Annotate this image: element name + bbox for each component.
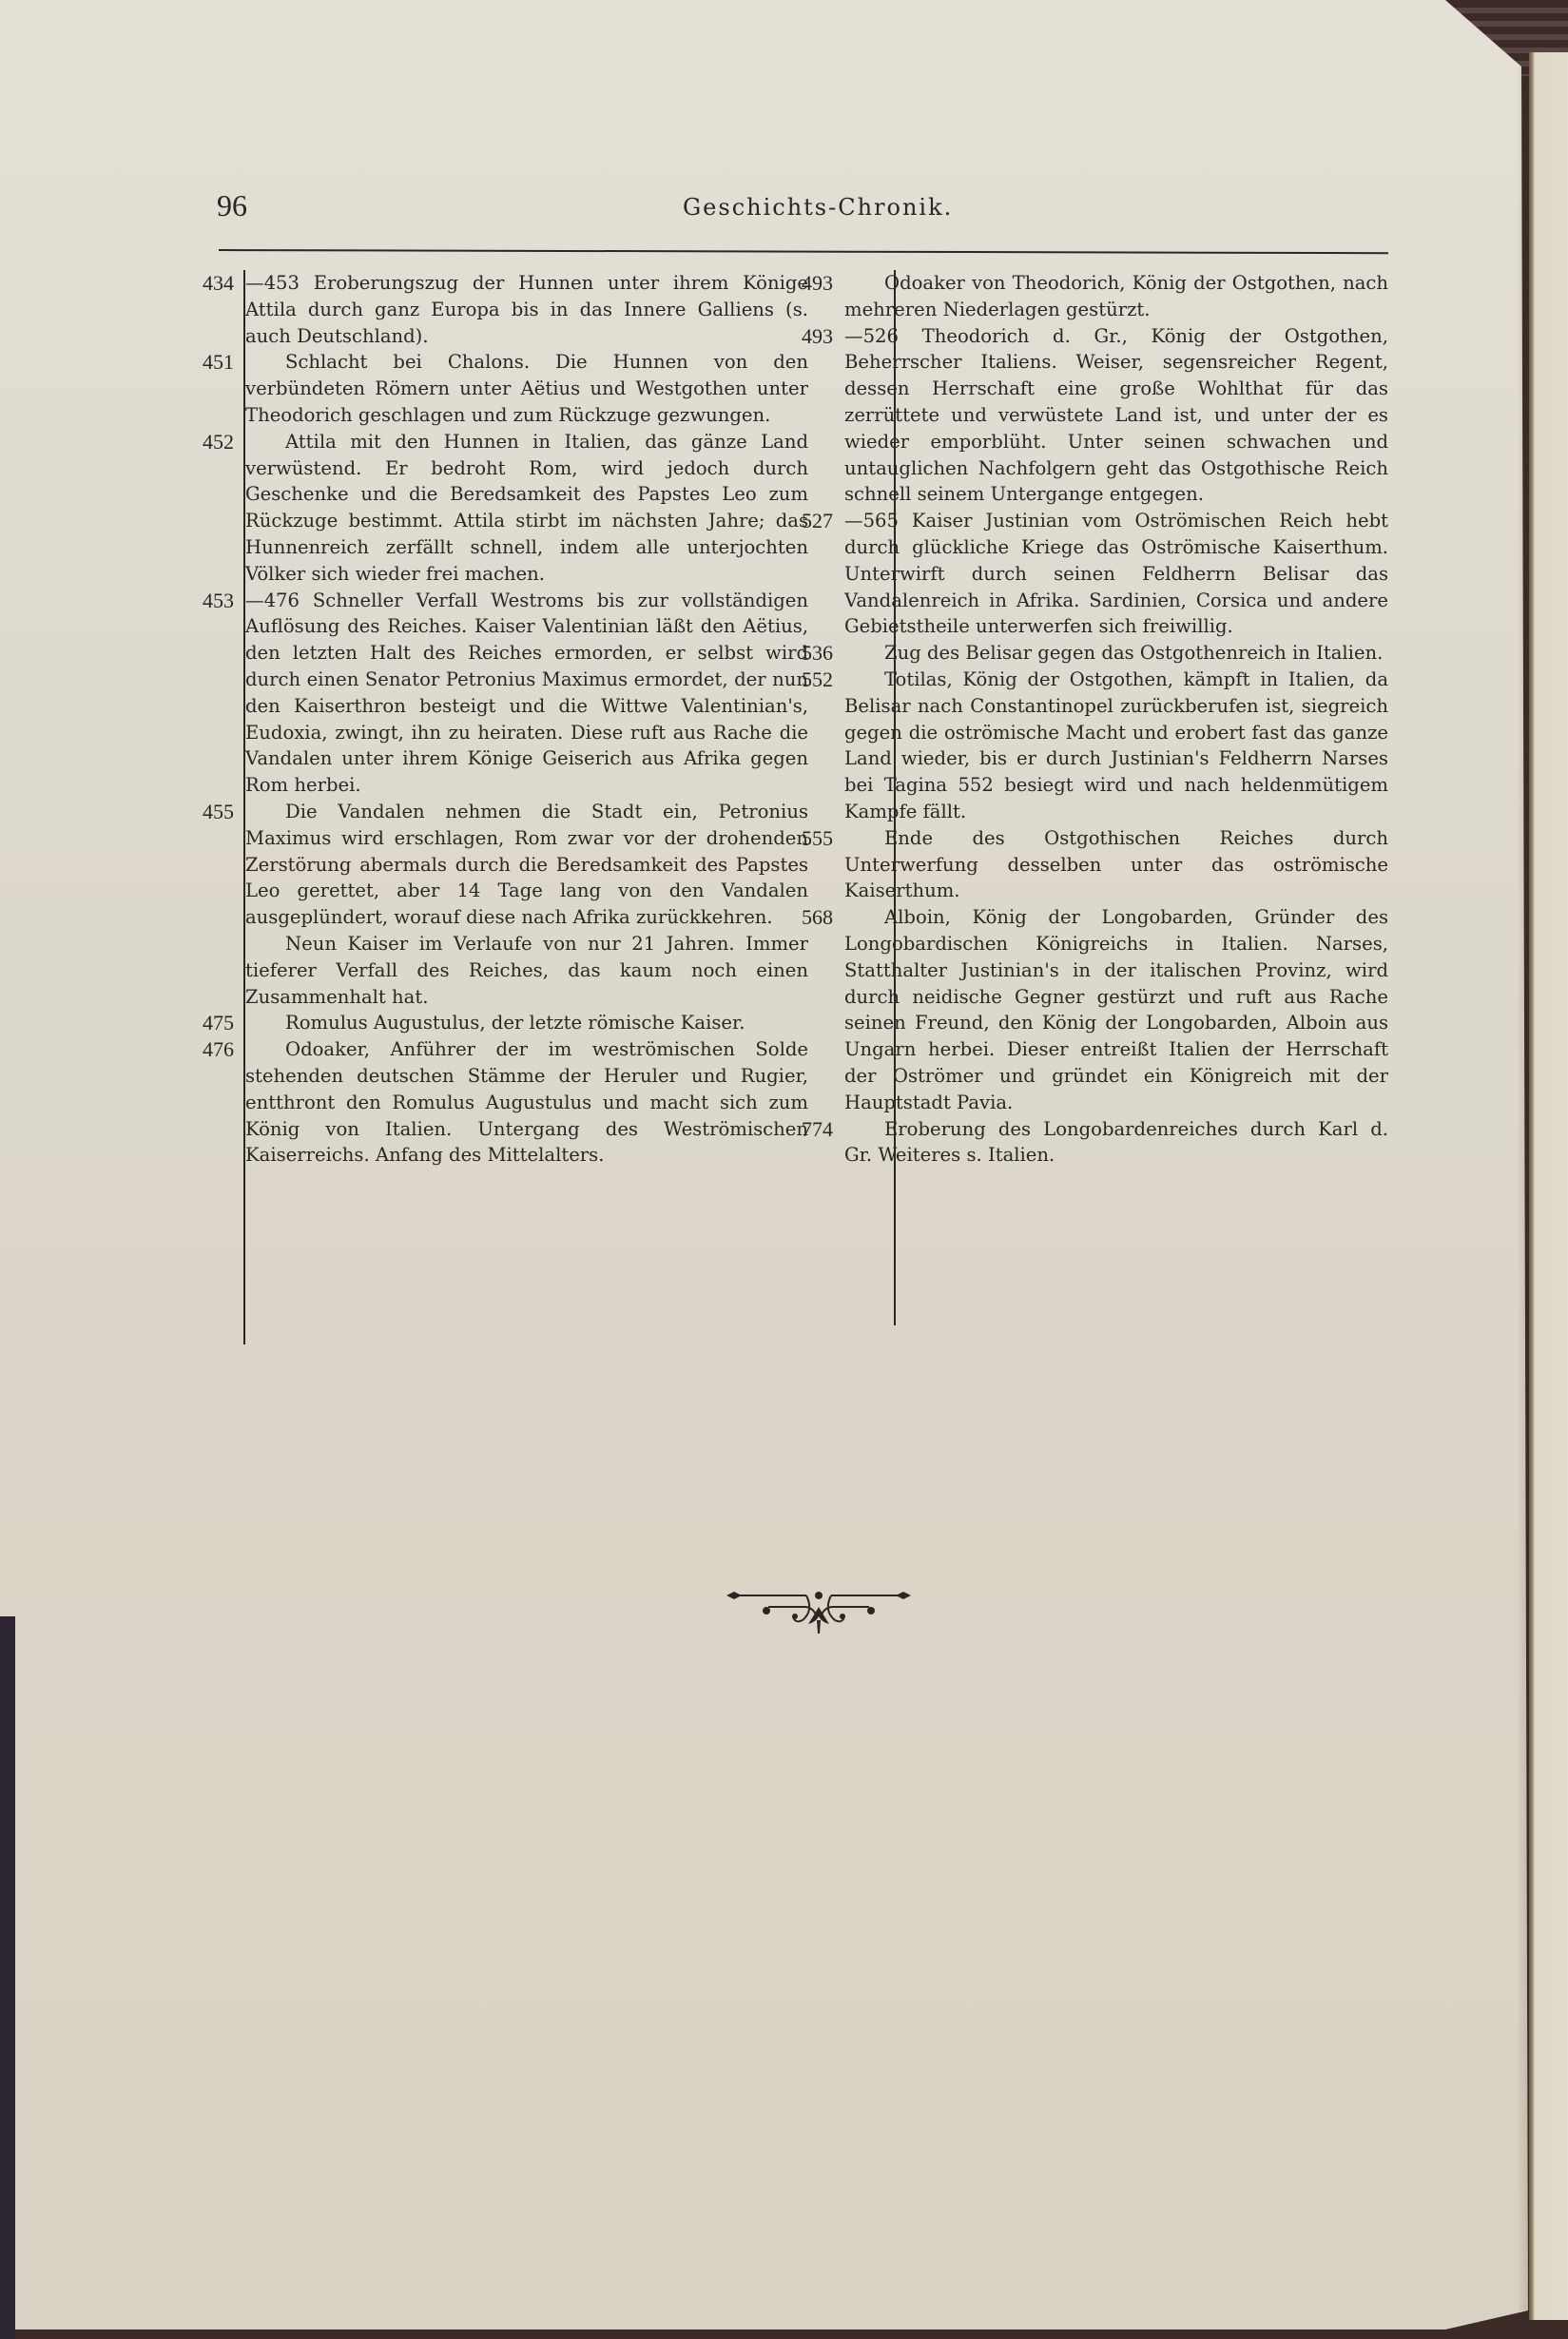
page-gutter-shadow xyxy=(1517,67,1528,2310)
backdrop-edge xyxy=(0,1616,15,2339)
entry-year: 527 xyxy=(789,508,833,534)
entry-year: 455 xyxy=(190,799,234,825)
book-page: 96 Geschichts-Chronik. 434—453 Eroberung… xyxy=(0,0,1528,2329)
chronicle-entry: 451Schlacht bei Chalons. Die Hunnen von … xyxy=(238,349,808,428)
entry-text: —453 Eroberungszug der Hunnen unter ihre… xyxy=(238,270,808,349)
chronicle-entry: 555Ende des Ostgothischen Reiches durch … xyxy=(837,825,1388,904)
entry-body: Die Vandalen nehmen die Stadt ein, Petro… xyxy=(245,801,808,928)
page-number: 96 xyxy=(217,188,247,223)
entry-body: Neun Kaiser im Verlaufe von nur 21 Jahre… xyxy=(245,933,808,1008)
entry-year: 493 xyxy=(789,270,833,297)
entry-body: Eroberung des Longobardenreiches durch K… xyxy=(844,1118,1388,1167)
entry-text: Odoaker, Anführer der im weströmischen S… xyxy=(238,1036,808,1169)
adjacent-page-edge xyxy=(1529,52,1568,2320)
entry-text: —526 Theodorich d. Gr., König der Ostgot… xyxy=(837,323,1388,509)
entry-year: 451 xyxy=(190,349,234,376)
entry-text: Eroberung des Longobardenreiches durch K… xyxy=(837,1116,1388,1169)
chronicle-entry: 536Zug des Belisar gegen das Ostgothenre… xyxy=(837,640,1388,667)
entry-body: Zug des Belisar gegen das Ostgothenreich… xyxy=(884,642,1383,664)
fleuron-ornament-icon xyxy=(721,1582,917,1635)
entry-body: Alboin, König der Longobarden, Gründer d… xyxy=(844,906,1388,1113)
entry-text: Alboin, König der Longobarden, Gründer d… xyxy=(837,904,1388,1115)
entry-body: —526 Theodorich d. Gr., König der Ostgot… xyxy=(844,325,1388,506)
header-rule xyxy=(219,249,1388,254)
entry-text: Totilas, König der Ostgothen, kämpft in … xyxy=(837,667,1388,825)
right-column: 493Odoaker von Theodorich, König der Ost… xyxy=(837,270,1388,1169)
entry-body: Ende des Ostgothischen Reiches durch Unt… xyxy=(844,827,1388,902)
chronicle-entry: 453—476 Schneller Verfall Westroms bis z… xyxy=(238,588,808,799)
chronicle-entry: 452Attila mit den Hunnen in Italien, das… xyxy=(238,429,808,588)
entry-body: Attila mit den Hunnen in Italien, das gä… xyxy=(245,431,808,585)
chronicle-entry: 475Romulus Augustulus, der letzte römisc… xyxy=(238,1010,808,1036)
page-header: 96 Geschichts-Chronik. xyxy=(217,188,1396,236)
chronicle-entry: 774Eroberung des Longobardenreiches durc… xyxy=(837,1116,1388,1169)
chronicle-entry: 493Odoaker von Theodorich, König der Ost… xyxy=(837,270,1388,323)
entry-year: 476 xyxy=(190,1036,234,1063)
chronicle-entry: 455Die Vandalen nehmen die Stadt ein, Pe… xyxy=(238,799,808,931)
chronicle-entry: 434—453 Eroberungszug der Hunnen unter i… xyxy=(238,270,808,349)
entry-text: Attila mit den Hunnen in Italien, das gä… xyxy=(238,429,808,588)
entry-body: —565 Kaiser Justinian vom Oströmischen R… xyxy=(844,510,1388,637)
entry-year: 475 xyxy=(190,1010,234,1036)
entry-text: —476 Schneller Verfall Westroms bis zur … xyxy=(238,588,808,799)
entry-year: 493 xyxy=(789,323,833,350)
entry-text: Odoaker von Theodorich, König der Ostgot… xyxy=(837,270,1388,323)
entry-body: —453 Eroberungszug der Hunnen unter ihre… xyxy=(245,272,808,347)
entry-year: 568 xyxy=(789,904,833,931)
entry-body: Schlacht bei Chalons. Die Hunnen von den… xyxy=(245,351,808,426)
entry-text: Schlacht bei Chalons. Die Hunnen von den… xyxy=(238,349,808,428)
entry-body: Odoaker von Theodorich, König der Ostgot… xyxy=(844,272,1388,320)
chronicle-entry: 552Totilas, König der Ostgothen, kämpft … xyxy=(837,667,1388,825)
entry-year: 453 xyxy=(190,588,234,614)
entry-text: Ende des Ostgothischen Reiches durch Unt… xyxy=(837,825,1388,904)
entry-body: Totilas, König der Ostgothen, kämpft in … xyxy=(844,668,1388,822)
entry-body: —476 Schneller Verfall Westroms bis zur … xyxy=(245,590,808,797)
entry-year: 452 xyxy=(190,429,234,455)
entry-year: 555 xyxy=(789,825,833,852)
entry-year: 536 xyxy=(789,640,833,667)
entry-text: Die Vandalen nehmen die Stadt ein, Petro… xyxy=(238,799,808,931)
entry-year: 774 xyxy=(789,1116,833,1143)
entry-text: Romulus Augustulus, der letzte römische … xyxy=(238,1010,808,1036)
left-column: 434—453 Eroberungszug der Hunnen unter i… xyxy=(238,270,808,1169)
entry-body: Romulus Augustulus, der letzte römische … xyxy=(285,1012,745,1034)
chronicle-entry: Neun Kaiser im Verlaufe von nur 21 Jahre… xyxy=(238,931,808,1010)
entry-year: 434 xyxy=(190,270,234,297)
entry-text: Neun Kaiser im Verlaufe von nur 21 Jahre… xyxy=(238,931,808,1010)
entry-year: 552 xyxy=(789,667,833,693)
chronicle-entry: 493—526 Theodorich d. Gr., König der Ost… xyxy=(837,323,1388,509)
chronicle-entry: 527—565 Kaiser Justinian vom Oströmische… xyxy=(837,508,1388,640)
entry-text: Zug des Belisar gegen das Ostgothenreich… xyxy=(837,640,1388,667)
entry-text: —565 Kaiser Justinian vom Oströmischen R… xyxy=(837,508,1388,640)
chronicle-entry: 476Odoaker, Anführer der im weströmische… xyxy=(238,1036,808,1169)
chronicle-entry: 568Alboin, König der Longobarden, Gründe… xyxy=(837,904,1388,1115)
running-head: Geschichts-Chronik. xyxy=(683,194,953,221)
entry-body: Odoaker, Anführer der im weströmischen S… xyxy=(245,1038,808,1166)
